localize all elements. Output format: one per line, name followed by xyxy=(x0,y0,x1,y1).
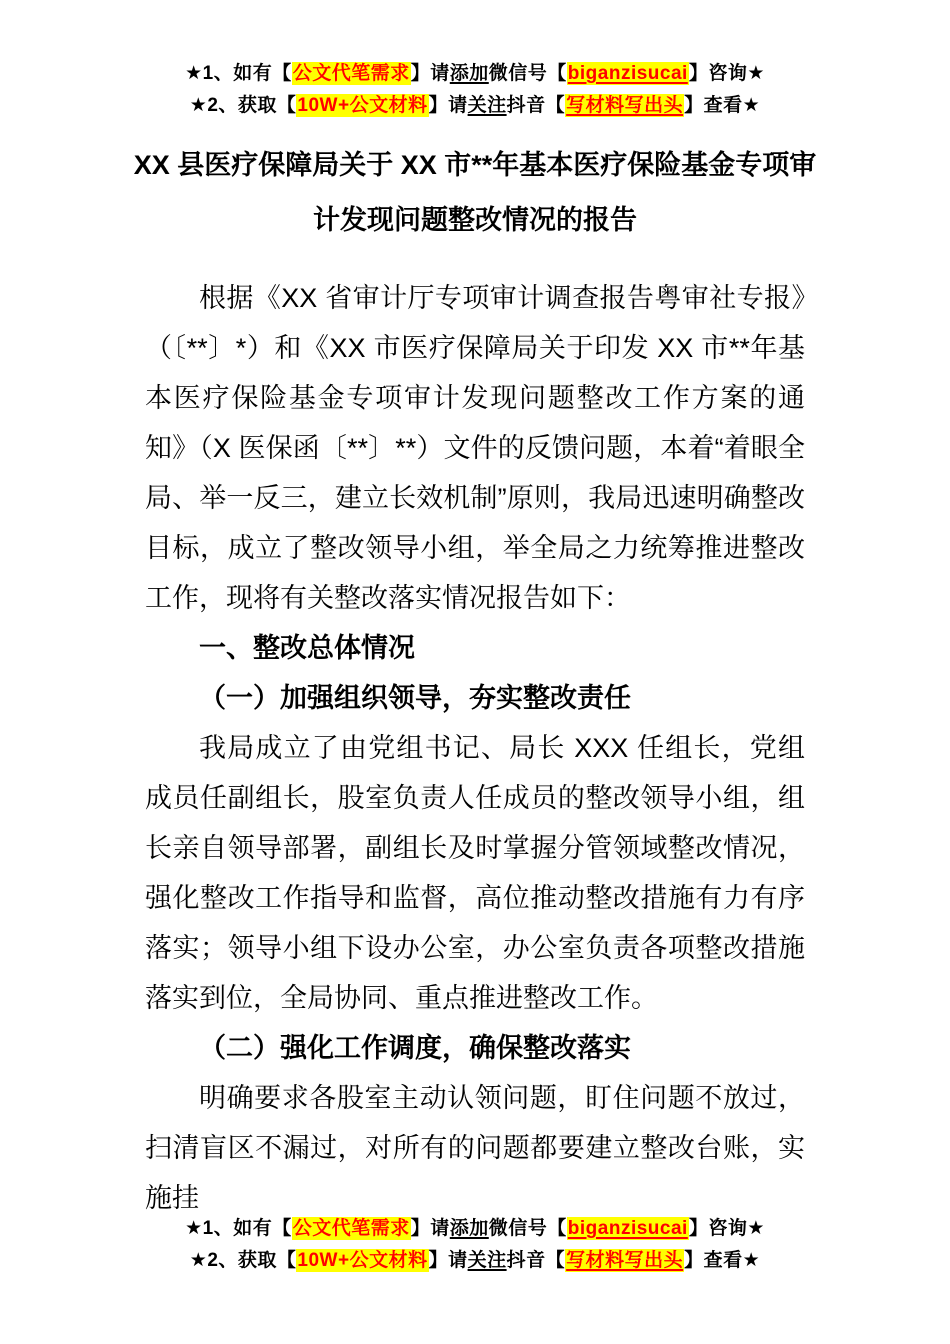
promo-text-segment: 】请 xyxy=(411,63,450,84)
promo-text-segment: 抖音【 xyxy=(507,1250,566,1271)
promo-highlight-segment: 10W+公文材料 xyxy=(296,94,428,117)
promo-text-segment: 微信号【 xyxy=(489,1218,567,1239)
promo-highlight-segment: 写材料写出头 xyxy=(565,1249,684,1272)
promo-underline-segment: 关注 xyxy=(468,1250,507,1271)
sub-heading: （一）加强组织领导，夯实整改责任 xyxy=(145,673,805,723)
promo-text-segment: 】请 xyxy=(411,1218,450,1239)
body-paragraph: 根据《XX 省审计厅专项审计调查报告粤审社专报》（〔**〕*）和《XX 市医疗保… xyxy=(145,273,805,623)
body-paragraph: 明确要求各股室主动认领问题，盯住问题不放过，扫清盲区不漏过，对所有的问题都要建立… xyxy=(145,1073,805,1223)
promo-highlight-segment: 公文代笔需求 xyxy=(292,1217,411,1240)
promo-text-segment: ★1、如有【 xyxy=(185,63,292,84)
promo-text-segment: 微信号【 xyxy=(489,63,567,84)
promo-text-segment: 】咨询★ xyxy=(689,63,765,84)
promo-highlight-segment: biganzisucai xyxy=(567,62,689,85)
section-heading: 一、整改总体情况 xyxy=(145,623,805,673)
promo-banner-line: ★2、获取【10W+公文材料】请关注抖音【写材料写出头】查看★ xyxy=(0,90,950,122)
promo-text-segment: 】查看★ xyxy=(684,1250,760,1271)
promo-underline-segment: 添加 xyxy=(450,1218,489,1239)
promo-banner-line: ★1、如有【公文代笔需求】请添加微信号【biganzisucai】咨询★ xyxy=(0,1213,950,1245)
promo-highlight-segment: 公文代笔需求 xyxy=(292,62,411,85)
promo-text-segment: 抖音【 xyxy=(507,95,566,116)
document-page: ★1、如有【公文代笔需求】请添加微信号【biganzisucai】咨询★★2、获… xyxy=(0,0,950,1344)
promo-banner-top: ★1、如有【公文代笔需求】请添加微信号【biganzisucai】咨询★★2、获… xyxy=(0,0,950,122)
promo-underline-segment: 添加 xyxy=(450,63,489,84)
promo-text-segment: 】查看★ xyxy=(684,95,760,116)
promo-text-segment: 】请 xyxy=(429,95,468,116)
promo-text-segment: ★1、如有【 xyxy=(185,1218,292,1239)
promo-underline-segment: 关注 xyxy=(468,95,507,116)
promo-text-segment: 】咨询★ xyxy=(689,1218,765,1239)
promo-text-segment: ★2、获取【 xyxy=(190,1250,297,1271)
document-title: XX 县医疗保障局关于 XX 市**年基本医疗保险基金专项审计发现问题整改情况的… xyxy=(125,138,825,248)
promo-banner-line: ★1、如有【公文代笔需求】请添加微信号【biganzisucai】咨询★ xyxy=(0,58,950,90)
body-paragraph: 我局成立了由党组书记、局长 XXX 任组长，党组成员任副组长，股室负责人任成员的… xyxy=(145,723,805,1023)
promo-highlight-segment: 10W+公文材料 xyxy=(296,1249,428,1272)
promo-text-segment: 】请 xyxy=(429,1250,468,1271)
document-body: 根据《XX 省审计厅专项审计调查报告粤审社专报》（〔**〕*）和《XX 市医疗保… xyxy=(145,273,805,1223)
promo-banner-bottom: ★1、如有【公文代笔需求】请添加微信号【biganzisucai】咨询★★2、获… xyxy=(0,1213,950,1277)
promo-highlight-segment: 写材料写出头 xyxy=(565,94,684,117)
promo-text-segment: ★2、获取【 xyxy=(190,95,297,116)
promo-banner-line: ★2、获取【10W+公文材料】请关注抖音【写材料写出头】查看★ xyxy=(0,1245,950,1277)
sub-heading: （二）强化工作调度，确保整改落实 xyxy=(145,1023,805,1073)
promo-highlight-segment: biganzisucai xyxy=(567,1217,689,1240)
